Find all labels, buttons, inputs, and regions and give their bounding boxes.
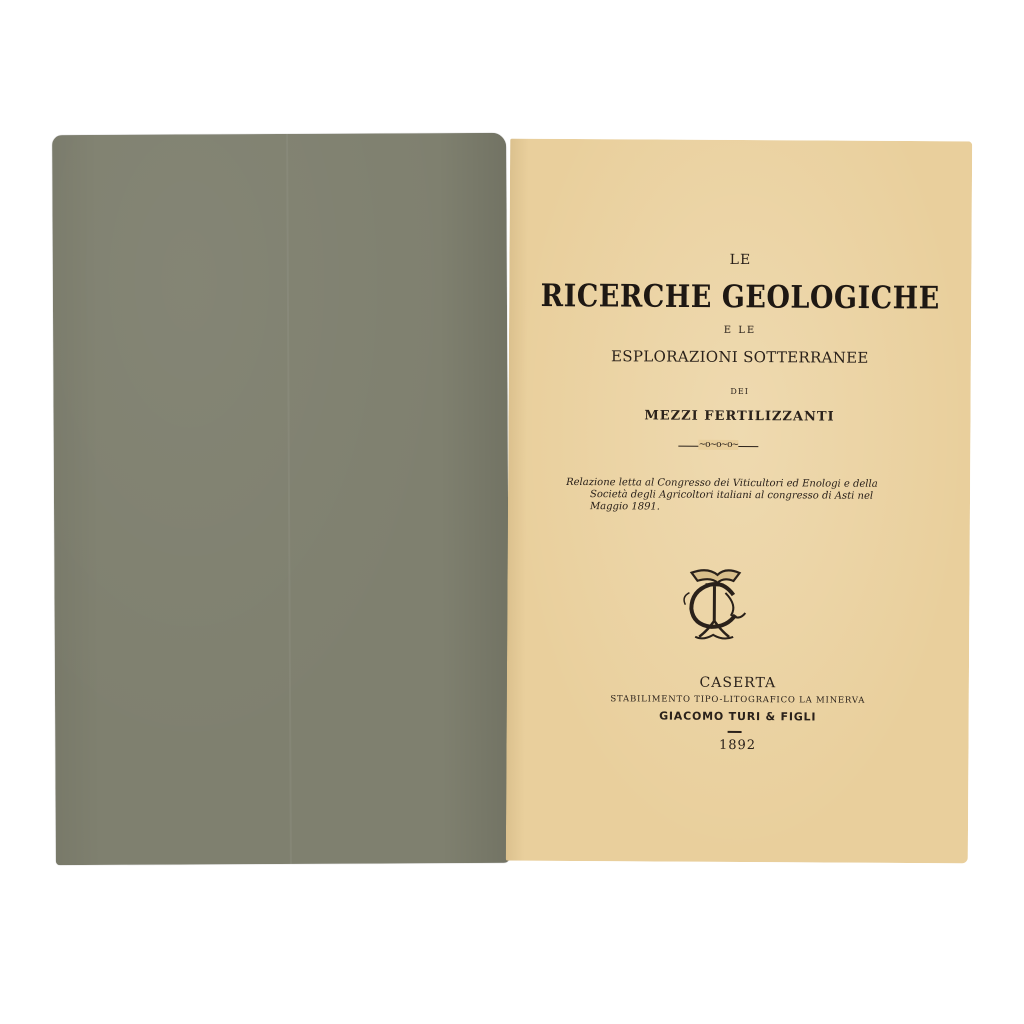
title-page: LE RICERCHE GEOLOGICHE E LE ESPLORAZIONI… xyxy=(506,139,972,864)
pre-title: LE xyxy=(509,251,971,270)
printer-line: STABILIMENTO TIPO-LITOGRAFICO LA MINERVA xyxy=(507,694,969,707)
subtitle: ESPLORAZIONI SOTTERRANEE xyxy=(509,347,971,368)
note-line-1: Relazione letta al Congresso dei Viticul… xyxy=(566,477,878,490)
preposition: DEI xyxy=(509,386,971,398)
short-rule xyxy=(728,731,742,733)
publisher: GIACOMO TURI & FIGLI xyxy=(507,709,969,725)
cover-fold-line xyxy=(286,134,292,864)
book-cover xyxy=(52,133,510,865)
note-line-3: Maggio 1891. xyxy=(566,501,938,515)
city: CASERTA xyxy=(507,674,969,693)
dedication-note: Relazione letta al Congresso dei Viticul… xyxy=(566,477,938,515)
ornament-knot-icon: ~o~o~o~ xyxy=(698,440,738,450)
subject-title: MEZZI FERTILIZZANTI xyxy=(508,408,970,426)
main-title: RICERCHE GEOLOGICHE xyxy=(509,278,971,316)
conjunction: E LE xyxy=(509,324,971,338)
publication-year: 1892 xyxy=(506,737,968,755)
printer-monogram-icon xyxy=(677,565,751,645)
